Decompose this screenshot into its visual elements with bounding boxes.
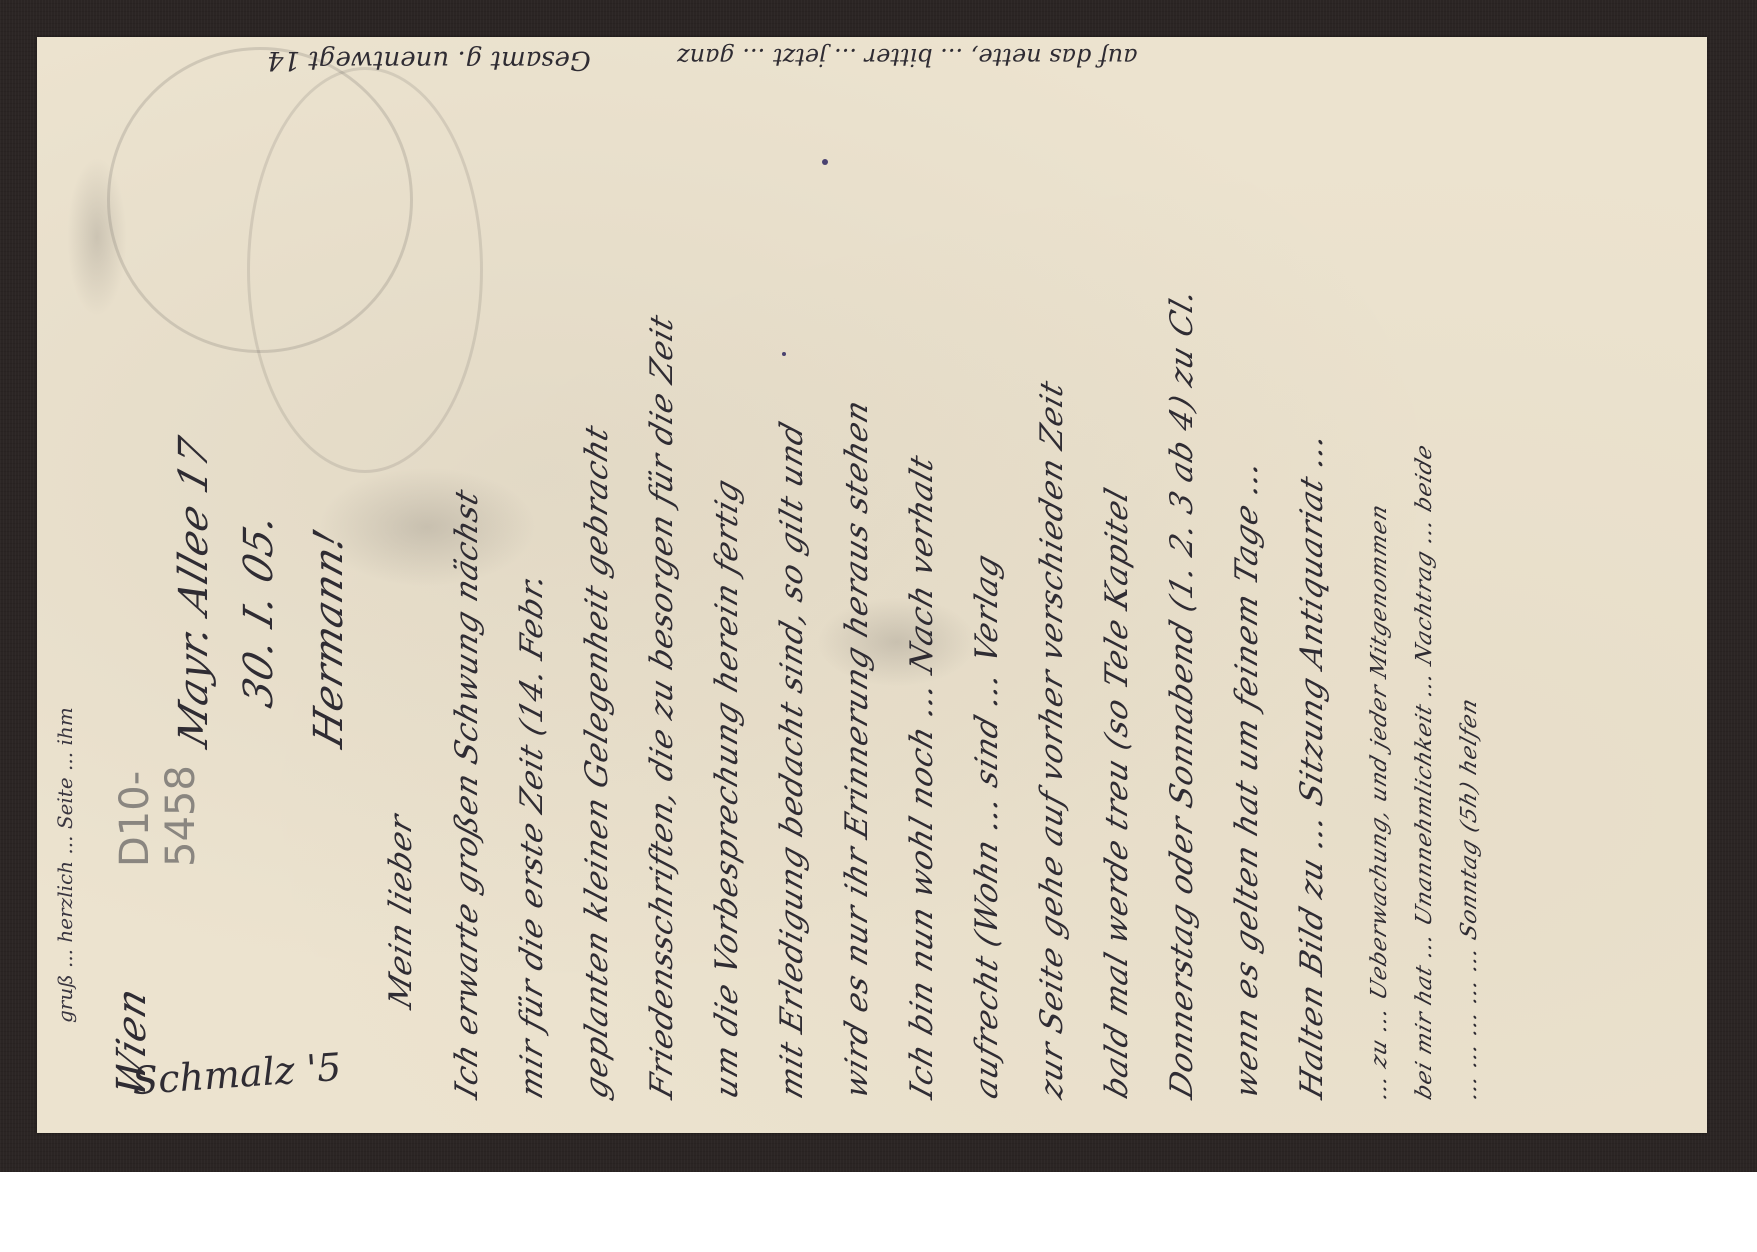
postcard: Gesamt g. unentwegt 14 auf das nette, ..… (37, 37, 1707, 1133)
body-line: bald mal werde treu (so Tele Kapitel (1099, 483, 1135, 1103)
body-line: aufrecht (Wohn ... sind ... Verlag (969, 549, 1005, 1103)
body-line: ... ... ... ... ... Sonntag (5h) helfen (1457, 694, 1482, 1103)
body-line: ... zu ... Ueberwachung, und jeder Mitge… (1367, 500, 1392, 1103)
body-line: bei mir hat ... Unannehmlichkeit ... Nac… (1412, 441, 1437, 1103)
body-line: zur Seite gehe auf vorher verschieden Ze… (1034, 376, 1070, 1103)
archive-number-line2: 5458 (158, 765, 204, 867)
body-line: Ich erwarte großen Schwung nächst (449, 484, 485, 1103)
header-salutation: Hermann! (306, 523, 352, 753)
header-address: Mayr. Allee 17 (171, 431, 217, 753)
body-line: Ich bin nun wohl noch ... Nach verhalt (904, 450, 940, 1103)
header-date: 30. I. 05. (236, 507, 282, 713)
archive-number-line1: D10- (112, 765, 158, 867)
body-line: Donnerstag oder Sonnabend (1. 2. 3 ab 4)… (1164, 283, 1200, 1103)
body-line: Mein lieber (383, 809, 419, 1013)
handwritten-body: Wien Mayr. Allee 17 30. I. 05. Hermann! … (37, 37, 1707, 1133)
left-margin-note: gruß ... herzlich ... Seite ... ihm (53, 707, 77, 1023)
body-line: um die Vorbesprechung herein fertig (709, 474, 745, 1103)
body-line: Friedensschriften, die zu besorgen für d… (644, 310, 680, 1103)
body-line: wird es nur ihr Erinnerung heraus stehen (839, 395, 875, 1103)
body-line: wenn es gelten hat um feinem Tage ... (1229, 455, 1265, 1103)
body-line: mir für die erste Zeit (14. Febr. (514, 568, 550, 1103)
body-line: geplanten kleinen Gelegenheit gebracht (579, 420, 615, 1103)
body-line: mit Erledigung bedacht sind, so gilt und (774, 417, 810, 1103)
body-line: Halten Bild zu ... Sitzung Antiquariat .… (1294, 428, 1330, 1103)
archive-number-pencil: D10- 5458 (112, 765, 204, 867)
